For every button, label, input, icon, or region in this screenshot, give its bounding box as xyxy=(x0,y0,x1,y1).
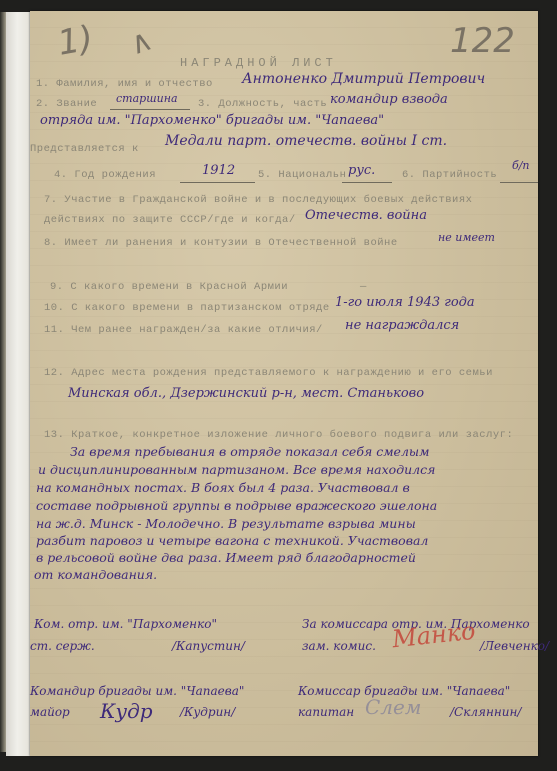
field-7-label: 7. Участие в Гражданской войне и в после… xyxy=(44,194,472,206)
field-3-value-cont: отряда им. "Пархоменко" бригады им. "Чап… xyxy=(40,113,384,128)
field-1-label: 1. Фамилия, имя и отчество xyxy=(36,78,213,90)
field-6-value: б/п xyxy=(512,159,530,172)
field-13-line: на командных постах. В боях был 4 раза. … xyxy=(36,480,410,495)
field-10-label: 10. С какого времени в партизанском отря… xyxy=(44,302,330,314)
field-11-value: не награждался xyxy=(345,318,459,333)
field-4-value: 1912 xyxy=(202,163,235,178)
field-6-underline xyxy=(500,182,538,183)
field-8-value: не имеет xyxy=(438,231,495,244)
field-10-value: 1-го июля 1943 года xyxy=(335,295,475,310)
field-5-label: 5. Национальн. xyxy=(258,169,353,181)
field-7-value: Отечеств. война xyxy=(305,208,427,223)
field-9-value: — xyxy=(360,281,367,293)
signature-right-top-name: /Левченко/ xyxy=(480,639,549,653)
award-sheet-page: 1) ∧ 122 НАГРАДНОЙ ЛИСТ 1. Фамилия, имя … xyxy=(30,11,538,756)
field-13-line: составе подрывной группы в подрыве враже… xyxy=(36,498,437,513)
presented-label: Представляется к xyxy=(30,143,139,155)
field-2-value: старшина xyxy=(116,92,178,105)
signature-right-top-rank: зам. комис. xyxy=(302,639,376,653)
field-13-line: и дисциплинированным партизаном. Все вре… xyxy=(38,462,435,477)
field-5-value: рус. xyxy=(348,163,375,178)
field-13-line: разбит паровоз и четыре вагона с технико… xyxy=(36,533,428,548)
field-13-line: на ж.д. Минск - Молодечно. В результате … xyxy=(36,516,416,531)
field-13-line: от командования. xyxy=(34,567,157,582)
presented-value: Медали парт. отечеств. войны I ст. xyxy=(165,133,447,149)
gray-signature: Слем xyxy=(365,695,421,719)
field-3-label: 3. Должность, часть xyxy=(198,98,327,110)
pencil-checkmark: ∧ xyxy=(125,22,158,62)
signature-right-bottom-name: /Скляннин/ xyxy=(450,705,521,719)
field-1-value: Антоненко Дмитрий Петрович xyxy=(242,71,485,87)
field-12-value: Минская обл., Дзержинский р-н, мест. Ста… xyxy=(68,386,424,401)
signature-right-bottom-rank: капитан xyxy=(298,705,354,719)
field-5-underline xyxy=(342,182,392,183)
signature-left-top-title: Ком. отр. им. "Пархоменко" xyxy=(34,617,217,631)
field-6-label: 6. Партийность xyxy=(402,169,497,181)
signature-left-bottom-rank: майор xyxy=(30,705,70,719)
signature-left-bottom-name: /Кудрин/ xyxy=(180,705,235,719)
field-4-label: 4. Год рождения xyxy=(54,169,156,181)
pencil-corner-mark: 1) xyxy=(55,18,96,63)
field-13-label: 13. Краткое, конкретное изложение личног… xyxy=(44,429,513,441)
field-2-underline xyxy=(110,109,190,110)
signature-left-top-rank: ст. серж. xyxy=(30,639,95,653)
field-13-line: в рельсовой войне два раза. Имеет ряд бл… xyxy=(36,550,416,565)
signature-left-bottom-sig: Кудр xyxy=(100,699,153,723)
field-9-label: 9. С какого времени в Красной Армии xyxy=(50,281,288,293)
field-4-underline xyxy=(180,182,255,183)
pencil-page-number: 122 xyxy=(450,21,515,61)
field-7-label-cont: действиях по защите СССР/где и когда/ xyxy=(44,214,296,226)
signature-left-top-name: /Капустин/ xyxy=(172,639,245,653)
signature-left-bottom-title: Командир бригады им. "Чапаева" xyxy=(30,684,244,698)
field-12-label: 12. Адрес места рождения представляемого… xyxy=(44,367,493,379)
field-3-value: командир взвода xyxy=(330,92,448,107)
field-13-line: За время пребывания в отряде показал себ… xyxy=(70,444,429,459)
field-8-label: 8. Имеет ли ранения и контузии в Отечест… xyxy=(44,237,398,249)
field-11-label: 11. Чем ранее награжден/за какие отличия… xyxy=(44,324,323,336)
field-2-label: 2. Звание xyxy=(36,98,97,110)
page-title: НАГРАДНОЙ ЛИСТ xyxy=(180,56,337,70)
